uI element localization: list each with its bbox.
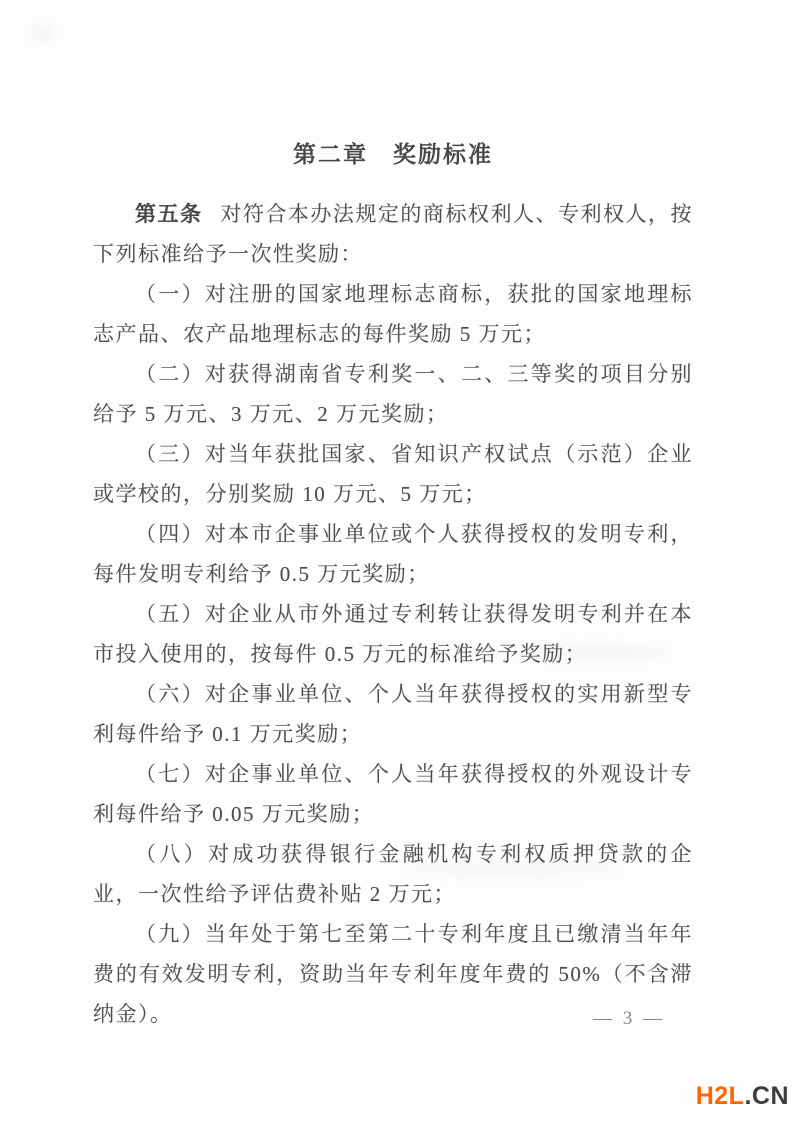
article-paragraph: 第五条对符合本办法规定的商标权利人、专利权人，按下列标准给予一次性奖励：: [93, 194, 693, 274]
chapter-title: 第二章 奖励标准: [93, 140, 693, 170]
watermark-secondary-text: .CN: [744, 1082, 789, 1110]
article-number-label: 第五条: [135, 202, 203, 226]
list-item-6: （六）对企事业单位、个人当年获得授权的实用新型专利每件给予 0.1 万元奖励；: [93, 674, 693, 754]
watermark-primary-text: H2L: [696, 1082, 745, 1110]
watermark-logo: H2L.CN: [696, 1082, 789, 1111]
list-item-1: （一）对注册的国家地理标志商标，获批的国家地理标志产品、农产品地理标志的每件奖励…: [93, 274, 693, 354]
page-number: — 3 —: [93, 1008, 693, 1030]
list-item-8: （八）对成功获得银行金融机构专利权质押贷款的企业，一次性给予评估费补贴 2 万元…: [93, 834, 693, 914]
document-body: 第二章 奖励标准 第五条对符合本办法规定的商标权利人、专利权人，按下列标准给予一…: [93, 140, 693, 1034]
scan-artifact: [30, 26, 56, 40]
list-item-5: （五）对企业从市外通过专利转让获得发明专利并在本市投入使用的，按每件 0.5 万…: [93, 594, 693, 674]
list-item-2: （二）对获得湖南省专利奖一、二、三等奖的项目分别给予 5 万元、3 万元、2 万…: [93, 354, 693, 434]
list-item-4: （四）对本市企事业单位或个人获得授权的发明专利，每件发明专利给予 0.5 万元奖…: [93, 514, 693, 594]
document-page: 第二章 奖励标准 第五条对符合本办法规定的商标权利人、专利权人，按下列标准给予一…: [0, 0, 793, 1121]
list-item-7: （七）对企事业单位、个人当年获得授权的外观设计专利每件给予 0.05 万元奖励；: [93, 754, 693, 834]
list-item-3: （三）对当年获批国家、省知识产权试点（示范）企业或学校的，分别奖励 10 万元、…: [93, 434, 693, 514]
